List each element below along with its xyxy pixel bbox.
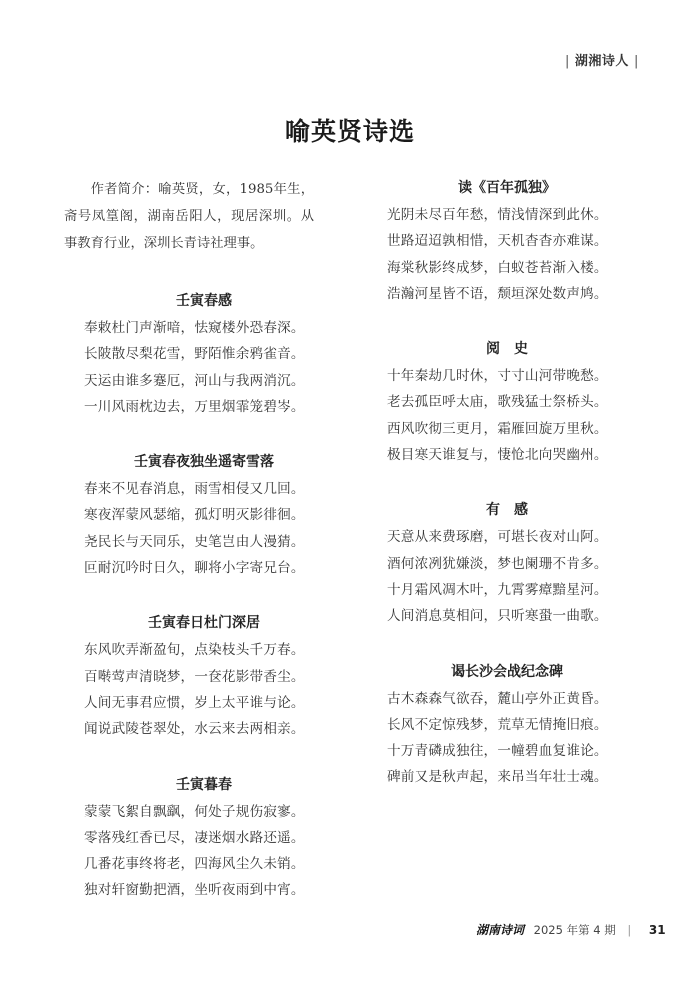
poem-title: 读《百年孤独》: [387, 176, 627, 200]
poem-line: 十月霜风凋木叶，九霄雾瘴黯星河。: [387, 577, 627, 603]
poem: 读《百年孤独》 光阴未尽百年愁，情浅情深到此休。 世路迢迢孰相惜，天机杳杳亦难谋…: [387, 176, 627, 307]
poem-line: 碑前又是秋声起，来吊当年壮士魂。: [387, 764, 627, 790]
poem-title: 壬寅暮春: [84, 773, 324, 797]
poem-title: 谒长沙会战纪念碑: [387, 660, 627, 684]
tag-bar-right: |: [634, 54, 639, 69]
poem-line: 长陂散尽梨花雪，野陌惟余鸦雀音。: [84, 341, 324, 367]
poem: 有 感 天意从来费琢磨，可堪长夜对山阿。 酒何浓冽犹嫌淡，梦也阑珊不肯多。 十月…: [387, 498, 627, 629]
poem-line: 独对轩窗勤把酒，坐听夜雨到中宵。: [84, 877, 324, 903]
poem-line: 百啭莺声清晓梦，一奁花影带香尘。: [84, 664, 324, 690]
page-title: 喻英贤诗选: [0, 112, 700, 148]
page-number: 31: [649, 923, 666, 937]
poem-line: 古木森森气欲吞，麓山亭外正黄昏。: [387, 686, 627, 712]
right-column: 读《百年孤独》 光阴未尽百年愁，情浅情深到此休。 世路迢迢孰相惜，天机杳杳亦难谋…: [387, 176, 627, 791]
poem-line: 尧民长与天同乐，史笔岂由人漫猜。: [84, 529, 324, 555]
poem-line: 叵耐沉吟时日久，聊将小字寄兄台。: [84, 555, 324, 581]
poem-line: 海棠秋影终成梦，白蚁苍苔渐入楼。: [387, 255, 627, 281]
poem-title: 有 感: [387, 498, 627, 522]
poem-line: 寒夜浑蒙风瑟缩，孤灯明灭影徘徊。: [84, 502, 324, 528]
poem-line: 天意从来费琢磨，可堪长夜对山阿。: [387, 524, 627, 550]
poem-line: 世路迢迢孰相惜，天机杳杳亦难谋。: [387, 228, 627, 254]
section-tag-label: 湖湘诗人: [575, 54, 629, 69]
poem: 壬寅春夜独坐遥寄雪落 春来不见春消息，雨雪相侵又几回。 寒夜浑蒙风瑟缩，孤灯明灭…: [84, 450, 324, 581]
poem-line: 人间无事君应惯，岁上太平谁与论。: [84, 690, 324, 716]
poem-line: 十万青磷成独往，一幢碧血复谁论。: [387, 738, 627, 764]
poem-line: 奉敕杜门声渐喑，怯窥楼外恐春深。: [84, 315, 324, 341]
poem-line: 酒何浓冽犹嫌淡，梦也阑珊不肯多。: [387, 551, 627, 577]
poem-line: 春来不见春消息，雨雪相侵又几回。: [84, 476, 324, 502]
poem: 谒长沙会战纪念碑 古木森森气欲吞，麓山亭外正黄昏。 长风不定惊残梦，荒草无情掩旧…: [387, 660, 627, 791]
poem-line: 长风不定惊残梦，荒草无情掩旧痕。: [387, 712, 627, 738]
poem-title: 壬寅春感: [84, 289, 324, 313]
poem: 壬寅春感 奉敕杜门声渐喑，怯窥楼外恐春深。 长陂散尽梨花雪，野陌惟余鸦雀音。 天…: [84, 289, 324, 420]
issue-label: 2025 年第 4 期: [534, 923, 616, 937]
poem-line: 浩瀚河星皆不语，颓垣深处数声鸠。: [387, 281, 627, 307]
footer-separator: |: [627, 923, 631, 937]
page-footer: 湖南诗词 2025 年第 4 期 | 31: [476, 921, 666, 938]
poem-line: 天运由谁多蹇厄，河山与我两消沉。: [84, 368, 324, 394]
poem-line: 极目寒天谁复与，悽怆北向哭幽州。: [387, 442, 627, 468]
poem-line: 零落残红香已尽，凄迷烟水路还遥。: [84, 825, 324, 851]
poem-line: 蒙蒙飞絮自飘飖，何处子规伤寂寥。: [84, 799, 324, 825]
poem-line: 光阴未尽百年愁，情浅情深到此休。: [387, 202, 627, 228]
tag-bar-left: |: [565, 54, 570, 69]
poem-line: 几番花事终将老，四海风尘久未销。: [84, 851, 324, 877]
poem-line: 老去孤臣呼太庙，歌残猛士祭桥头。: [387, 389, 627, 415]
author-intro: 作者简介：喻英贤，女，1985年生，斋号凤篁阁，湖南岳阳人，现居深圳。从事教育行…: [64, 176, 314, 257]
poem-line: 人间消息莫相问，只听寒蛩一曲歌。: [387, 603, 627, 629]
poem-title: 壬寅春夜独坐遥寄雪落: [84, 450, 324, 474]
poem-line: 西风吹彻三更月，霜雁回旋万里秋。: [387, 416, 627, 442]
section-tag: | 湖湘诗人 |: [565, 50, 639, 69]
poem-title: 壬寅春日杜门深居: [84, 611, 324, 635]
magazine-logo: 湖南诗词: [476, 923, 524, 937]
poem: 壬寅春日杜门深居 东风吹弄渐盈旬，点染枝头千万春。 百啭莺声清晓梦，一奁花影带香…: [84, 611, 324, 742]
poem-line: 闻说武陵苍翠处，水云来去两相亲。: [84, 716, 324, 742]
left-column: 作者简介：喻英贤，女，1985年生，斋号凤篁阁，湖南岳阳人，现居深圳。从事教育行…: [84, 176, 324, 904]
poem-line: 东风吹弄渐盈旬，点染枝头千万春。: [84, 637, 324, 663]
poem: 阅 史 十年秦劫几时休，寸寸山河带晚愁。 老去孤臣呼太庙，歌残猛士祭桥头。 西风…: [387, 337, 627, 468]
poem-line: 十年秦劫几时休，寸寸山河带晚愁。: [387, 363, 627, 389]
author-intro-text: 作者简介：喻英贤，女，1985年生，斋号凤篁阁，湖南岳阳人，现居深圳。从事教育行…: [64, 176, 314, 257]
poem-title: 阅 史: [387, 337, 627, 361]
poem-line: 一川风雨枕边去，万里烟霏笼碧岑。: [84, 394, 324, 420]
poem: 壬寅暮春 蒙蒙飞絮自飘飖，何处子规伤寂寥。 零落残红香已尽，凄迷烟水路还遥。 几…: [84, 773, 324, 904]
